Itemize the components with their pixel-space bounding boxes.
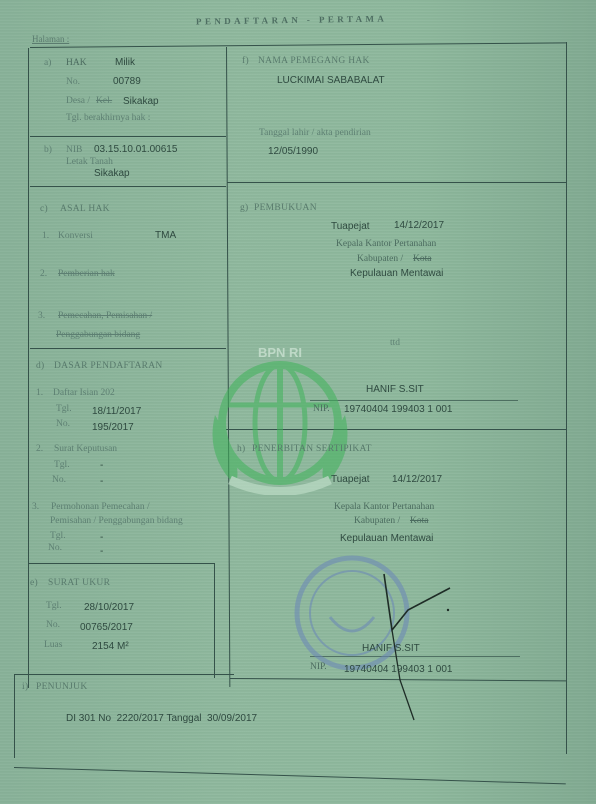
surat-ukur-tgl-value: 28/10/2017 <box>84 602 134 613</box>
surat-ukur-title: SURAT UKUR <box>48 578 110 588</box>
section-label-f: f) <box>242 56 249 66</box>
dasar-item-2-no-label: No. <box>52 475 66 485</box>
document-title: PENDAFTARAN - PERTAMA <box>196 13 387 26</box>
penunjuk-text: DI 301 No 2220/2017 Tanggal 30/09/2017 <box>66 713 257 724</box>
section-label-a: a) <box>44 58 51 68</box>
letak-tanah-label: Letak Tanah <box>66 157 113 167</box>
penunjuk-title: PENUNJUK <box>36 682 88 692</box>
asal-hak-item-1-label: Konversi <box>58 231 93 241</box>
penerbitan-region: Kepulauan Mentawai <box>340 533 433 544</box>
section-label-b: b) <box>44 145 52 155</box>
section-label-c: c) <box>40 204 48 214</box>
dasar-item-3-label: Permohonan Pemecahan / <box>51 502 150 512</box>
surat-ukur-no-value: 00765/2017 <box>80 622 133 633</box>
dasar-pendaftaran-title: DASAR PENDAFTARAN <box>54 361 163 371</box>
hak-no-value: 00789 <box>113 76 141 87</box>
pembukuan-ttd: ttd <box>390 338 400 348</box>
dasar-item-2-tgl-value: - <box>100 460 103 471</box>
asal-hak-item-2-num: 2. <box>40 269 47 279</box>
dasar-item-3-no-label: No. <box>48 543 62 553</box>
hak-no-label: No. <box>66 77 80 87</box>
dasar-item-2-label: Surat Keputusan <box>54 444 117 454</box>
asal-hak-item-3-num: 3. <box>38 311 45 321</box>
asal-hak-item-3-label2: Penggabungan bidang <box>56 330 140 340</box>
asal-hak-item-2-label: Pemberian hak <box>58 269 115 279</box>
pembukuan-kota-label: Kota <box>413 254 431 264</box>
pembukuan-official-name: HANIF S.SIT <box>366 384 424 395</box>
penerbitan-official-name: HANIF S.SIT <box>362 643 420 654</box>
desa-label: Desa / <box>66 96 90 106</box>
desa-value: Sikakap <box>123 96 159 107</box>
surat-ukur-luas-label: Luas <box>44 640 62 650</box>
surat-ukur-tgl-label: Tgl. <box>46 601 62 611</box>
penerbitan-kepala-label: Kepala Kantor Pertanahan <box>334 502 434 512</box>
penerbitan-date: 14/12/2017 <box>392 474 442 485</box>
dasar-item-3-label2: Pemisahan / Penggabungan bidang <box>50 516 183 526</box>
pemegang-hak-title: NAMA PEMEGANG HAK <box>258 56 370 66</box>
dasar-item-1-num: 1. <box>36 388 43 398</box>
pembukuan-nip-label: NIP. <box>313 404 330 414</box>
section-label-d: d) <box>36 361 45 371</box>
pembukuan-title: PEMBUKUAN <box>254 203 317 213</box>
nib-label: NIB <box>66 145 82 155</box>
bpn-watermark-logo-icon: BPN RI <box>205 345 355 495</box>
nib-value: 03.15.10.01.00615 <box>94 144 177 155</box>
hak-value: Milik <box>115 57 135 68</box>
dasar-item-1-label: Daftar Isian 202 <box>53 388 115 398</box>
tgl-lahir-label: Tanggal lahir / akta pendirian <box>259 128 371 138</box>
section-label-e: e) <box>30 578 38 588</box>
penerbitan-nip-value: 19740404 199403 1 001 <box>344 664 452 675</box>
dasar-item-1-no-value: 195/2017 <box>92 422 134 433</box>
dasar-item-2-num: 2. <box>36 444 43 454</box>
surat-ukur-luas-value: 2154 M² <box>92 641 129 652</box>
dasar-item-3-tgl-value: - <box>100 532 103 543</box>
section-label-i: i) <box>22 682 28 692</box>
svg-text:BPN RI: BPN RI <box>258 345 302 360</box>
tgl-berakhir-label: Tgl. berakhirnya hak : <box>66 113 150 123</box>
penerbitan-title: PENERBITAN SERTIPIKAT <box>252 444 372 454</box>
tgl-lahir-value: 12/05/1990 <box>268 146 318 157</box>
penerbitan-nip-label: NIP. <box>310 662 327 672</box>
dasar-item-3-num: 3. <box>32 502 39 512</box>
dasar-item-2-tgl-label: Tgl. <box>54 460 70 470</box>
penerbitan-kota-label: Kota <box>410 516 428 526</box>
hak-label: HAK <box>66 58 87 68</box>
pembukuan-date: 14/12/2017 <box>394 220 444 231</box>
asal-hak-item-3-label: Pemecahan, Pemisahan / <box>58 311 152 321</box>
asal-hak-item-1-num: 1. <box>42 231 49 241</box>
halaman-label: Halaman : <box>32 34 69 44</box>
pembukuan-region: Kepulauan Mentawai <box>350 268 443 279</box>
dasar-item-1-no-label: No. <box>56 419 70 429</box>
pembukuan-kepala-label: Kepala Kantor Pertanahan <box>336 239 436 249</box>
pemegang-hak-name: LUCKIMAI SABABALAT <box>277 75 385 86</box>
section-label-g: g) <box>240 203 249 213</box>
pembukuan-place: Tuapejat <box>331 221 370 232</box>
asal-hak-item-1-value: TMA <box>155 230 176 241</box>
dasar-item-3-no-value: - <box>100 546 103 557</box>
letak-tanah-value: Sikakap <box>94 168 130 179</box>
kel-label: Kel. <box>96 96 112 106</box>
dasar-item-1-tgl-label: Tgl. <box>56 404 72 414</box>
dasar-item-2-no-value: - <box>100 476 103 487</box>
dasar-item-1-tgl-value: 18/11/2017 <box>92 406 141 417</box>
pembukuan-kabupaten-label: Kabupaten / <box>357 254 403 264</box>
surat-ukur-no-label: No. <box>46 620 60 630</box>
asal-hak-title: ASAL HAK <box>60 204 110 214</box>
penerbitan-place: Tuapejat <box>331 474 370 485</box>
penerbitan-kabupaten-label: Kabupaten / <box>354 516 400 526</box>
section-label-h: h) <box>237 444 246 454</box>
pembukuan-nip-value: 19740404 199403 1 001 <box>344 404 452 415</box>
dasar-item-3-tgl-label: Tgl. <box>50 531 66 541</box>
